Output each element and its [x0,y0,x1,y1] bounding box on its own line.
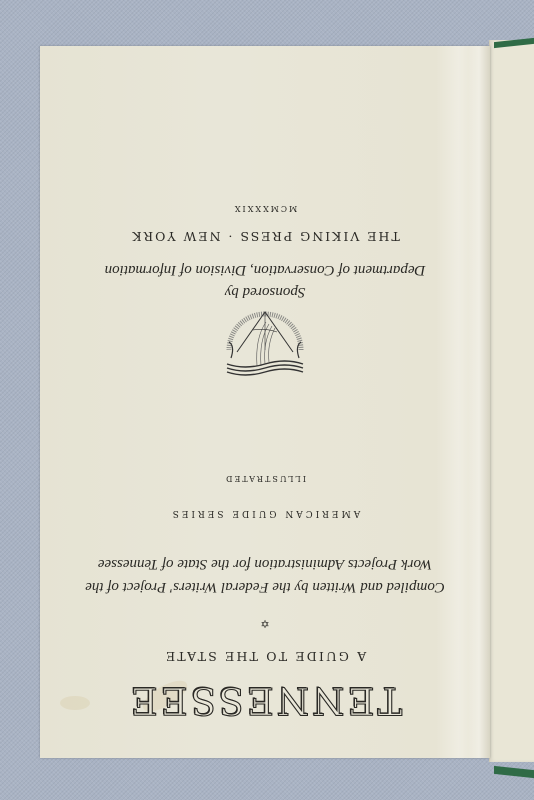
sponsored-by-label: Sponsored by [40,283,490,300]
star-ornament-icon: ✡ [40,617,490,630]
sponsor-name: Department of Conservation, Division of … [40,261,490,278]
publication-year: MCMXXXIX [40,204,490,213]
rotated-content: TENNESSEE A GUIDE TO THE STATE ✡ Compile… [40,46,490,758]
binding-corner-bottom [494,766,534,778]
viking-ship-logo-icon [225,310,305,388]
title-page: TENNESSEE A GUIDE TO THE STATE ✡ Compile… [40,46,490,758]
publisher: THE VIKING PRESS · NEW YORK [40,229,490,244]
book-subtitle: A GUIDE TO THE STATE [40,649,490,664]
credit-line-1: Compiled and Written by the Federal Writ… [40,578,490,595]
illustrated-label: ILLUSTRATED [40,474,490,483]
series-name: AMERICAN GUIDE SERIES [40,508,490,518]
book-cover-edge [489,40,534,762]
book-title: TENNESSEE [40,679,490,722]
credit-line-2: Work Projects Administration for the Sta… [40,555,490,572]
